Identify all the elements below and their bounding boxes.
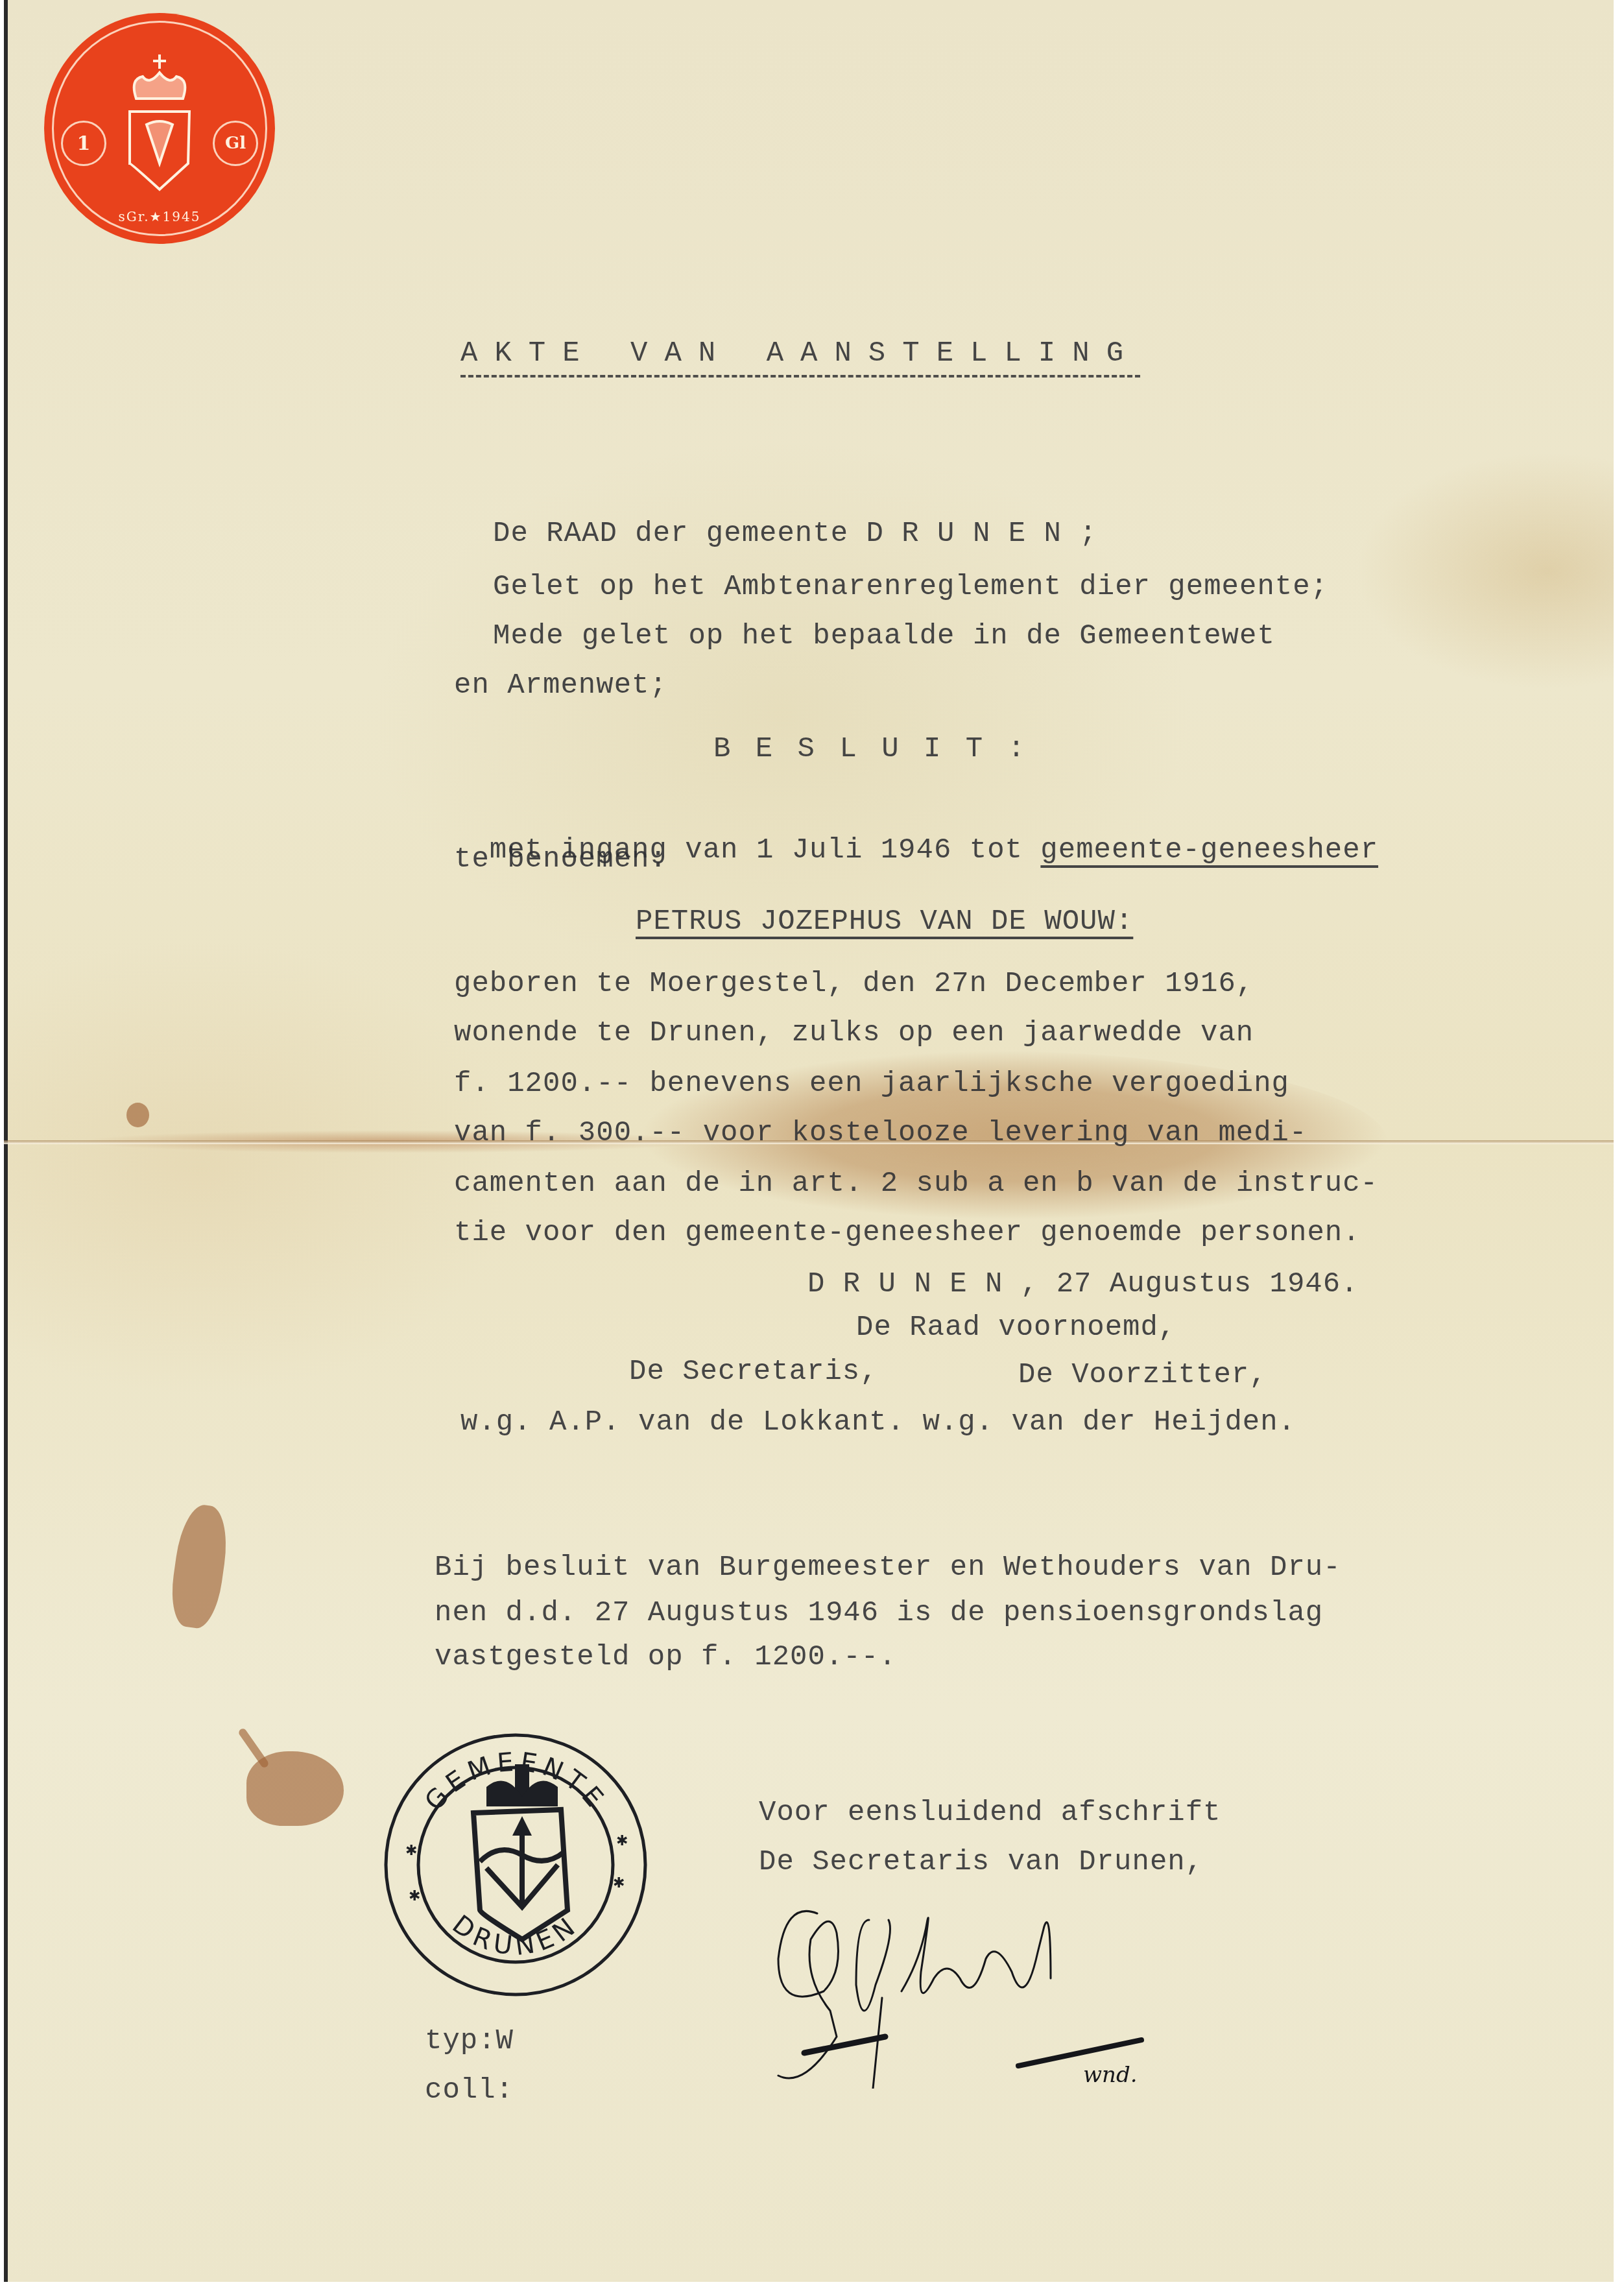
collation-marker: coll:	[425, 2074, 514, 2107]
appointment-line-2: te benoemen:	[454, 843, 667, 876]
council-signoff: De Raad voornoemd,	[856, 1312, 1176, 1344]
document-title: AKTE VAN AANSTELLING	[460, 337, 1140, 378]
chair-title: De Voorzitter,	[1018, 1359, 1267, 1391]
detail-line: geboren te Moergestel, den 27n December …	[454, 968, 1254, 1000]
typist-marker: typ:W	[425, 2025, 514, 2057]
coat-of-arms-icon	[123, 53, 196, 196]
detail-line: van f. 300.-- voor kostelooze levering v…	[454, 1117, 1307, 1149]
signature-note: wnd.	[1083, 2062, 1138, 2088]
appointment-position: gemeente-geneesheer	[1040, 834, 1378, 867]
seal-caption: sGr.★1945	[45, 209, 274, 224]
decision-heading: B E S L U I T :	[713, 733, 1029, 765]
seal-unit: Gl	[213, 121, 258, 166]
detail-line: camenten aan de in art. 2 sub a en b van…	[454, 1168, 1378, 1200]
stain-drop	[246, 1751, 344, 1826]
detail-line: wonende te Drunen, zulks op een jaarwedd…	[454, 1017, 1254, 1049]
preamble-line: Gelet op het Ambtenarenreglement dier ge…	[493, 571, 1328, 603]
secretary-title: De Secretaris,	[629, 1356, 878, 1388]
pension-note-line: Bij besluit van Burgemeester en Wethoude…	[435, 1552, 1341, 1584]
seal-value: 1	[61, 121, 106, 166]
stain-drop	[126, 1103, 149, 1127]
appointee-name: PETRUS JOZEPHUS VAN DE WOUW:	[636, 905, 1133, 938]
detail-line: tie voor den gemeente-geneesheer genoemd…	[454, 1217, 1361, 1249]
place-date: D R U N E N , 27 Augustus 1946.	[807, 1268, 1359, 1300]
detail-line: f. 1200.-- benevens een jaarlijksche ver…	[454, 1068, 1289, 1100]
municipal-stamp: GEMEENTE DRUNEN ✱ ✱ ✱ ✱	[376, 1725, 655, 2004]
preamble-line: De RAAD der gemeente D R U N E N ;	[493, 518, 1097, 550]
pension-note-line: vastgesteld op f. 1200.--.	[435, 1641, 897, 1673]
certification-line: De Secretaris van Drunen,	[759, 1846, 1203, 1878]
signatory-names: w.g. A.P. van de Lokkant. w.g. van der H…	[460, 1406, 1296, 1439]
revenue-stamp-seal: 1 Gl sGr.★1945	[45, 14, 274, 243]
svg-text:✱: ✱	[405, 1842, 417, 1858]
preamble-line: Mede gelet op het bepaalde in de Gemeent…	[493, 620, 1275, 653]
svg-text:✱: ✱	[613, 1875, 625, 1891]
certification-line: Voor eensluidend afschrift	[759, 1797, 1221, 1829]
preamble-line: en Armenwet;	[454, 669, 667, 702]
pension-note-line: nen d.d. 27 Augustus 1946 is de pensioen…	[435, 1597, 1323, 1629]
svg-text:✱: ✱	[616, 1832, 628, 1849]
svg-text:✱: ✱	[409, 1888, 420, 1904]
handwritten-signature: wnd.	[765, 1881, 1232, 2089]
